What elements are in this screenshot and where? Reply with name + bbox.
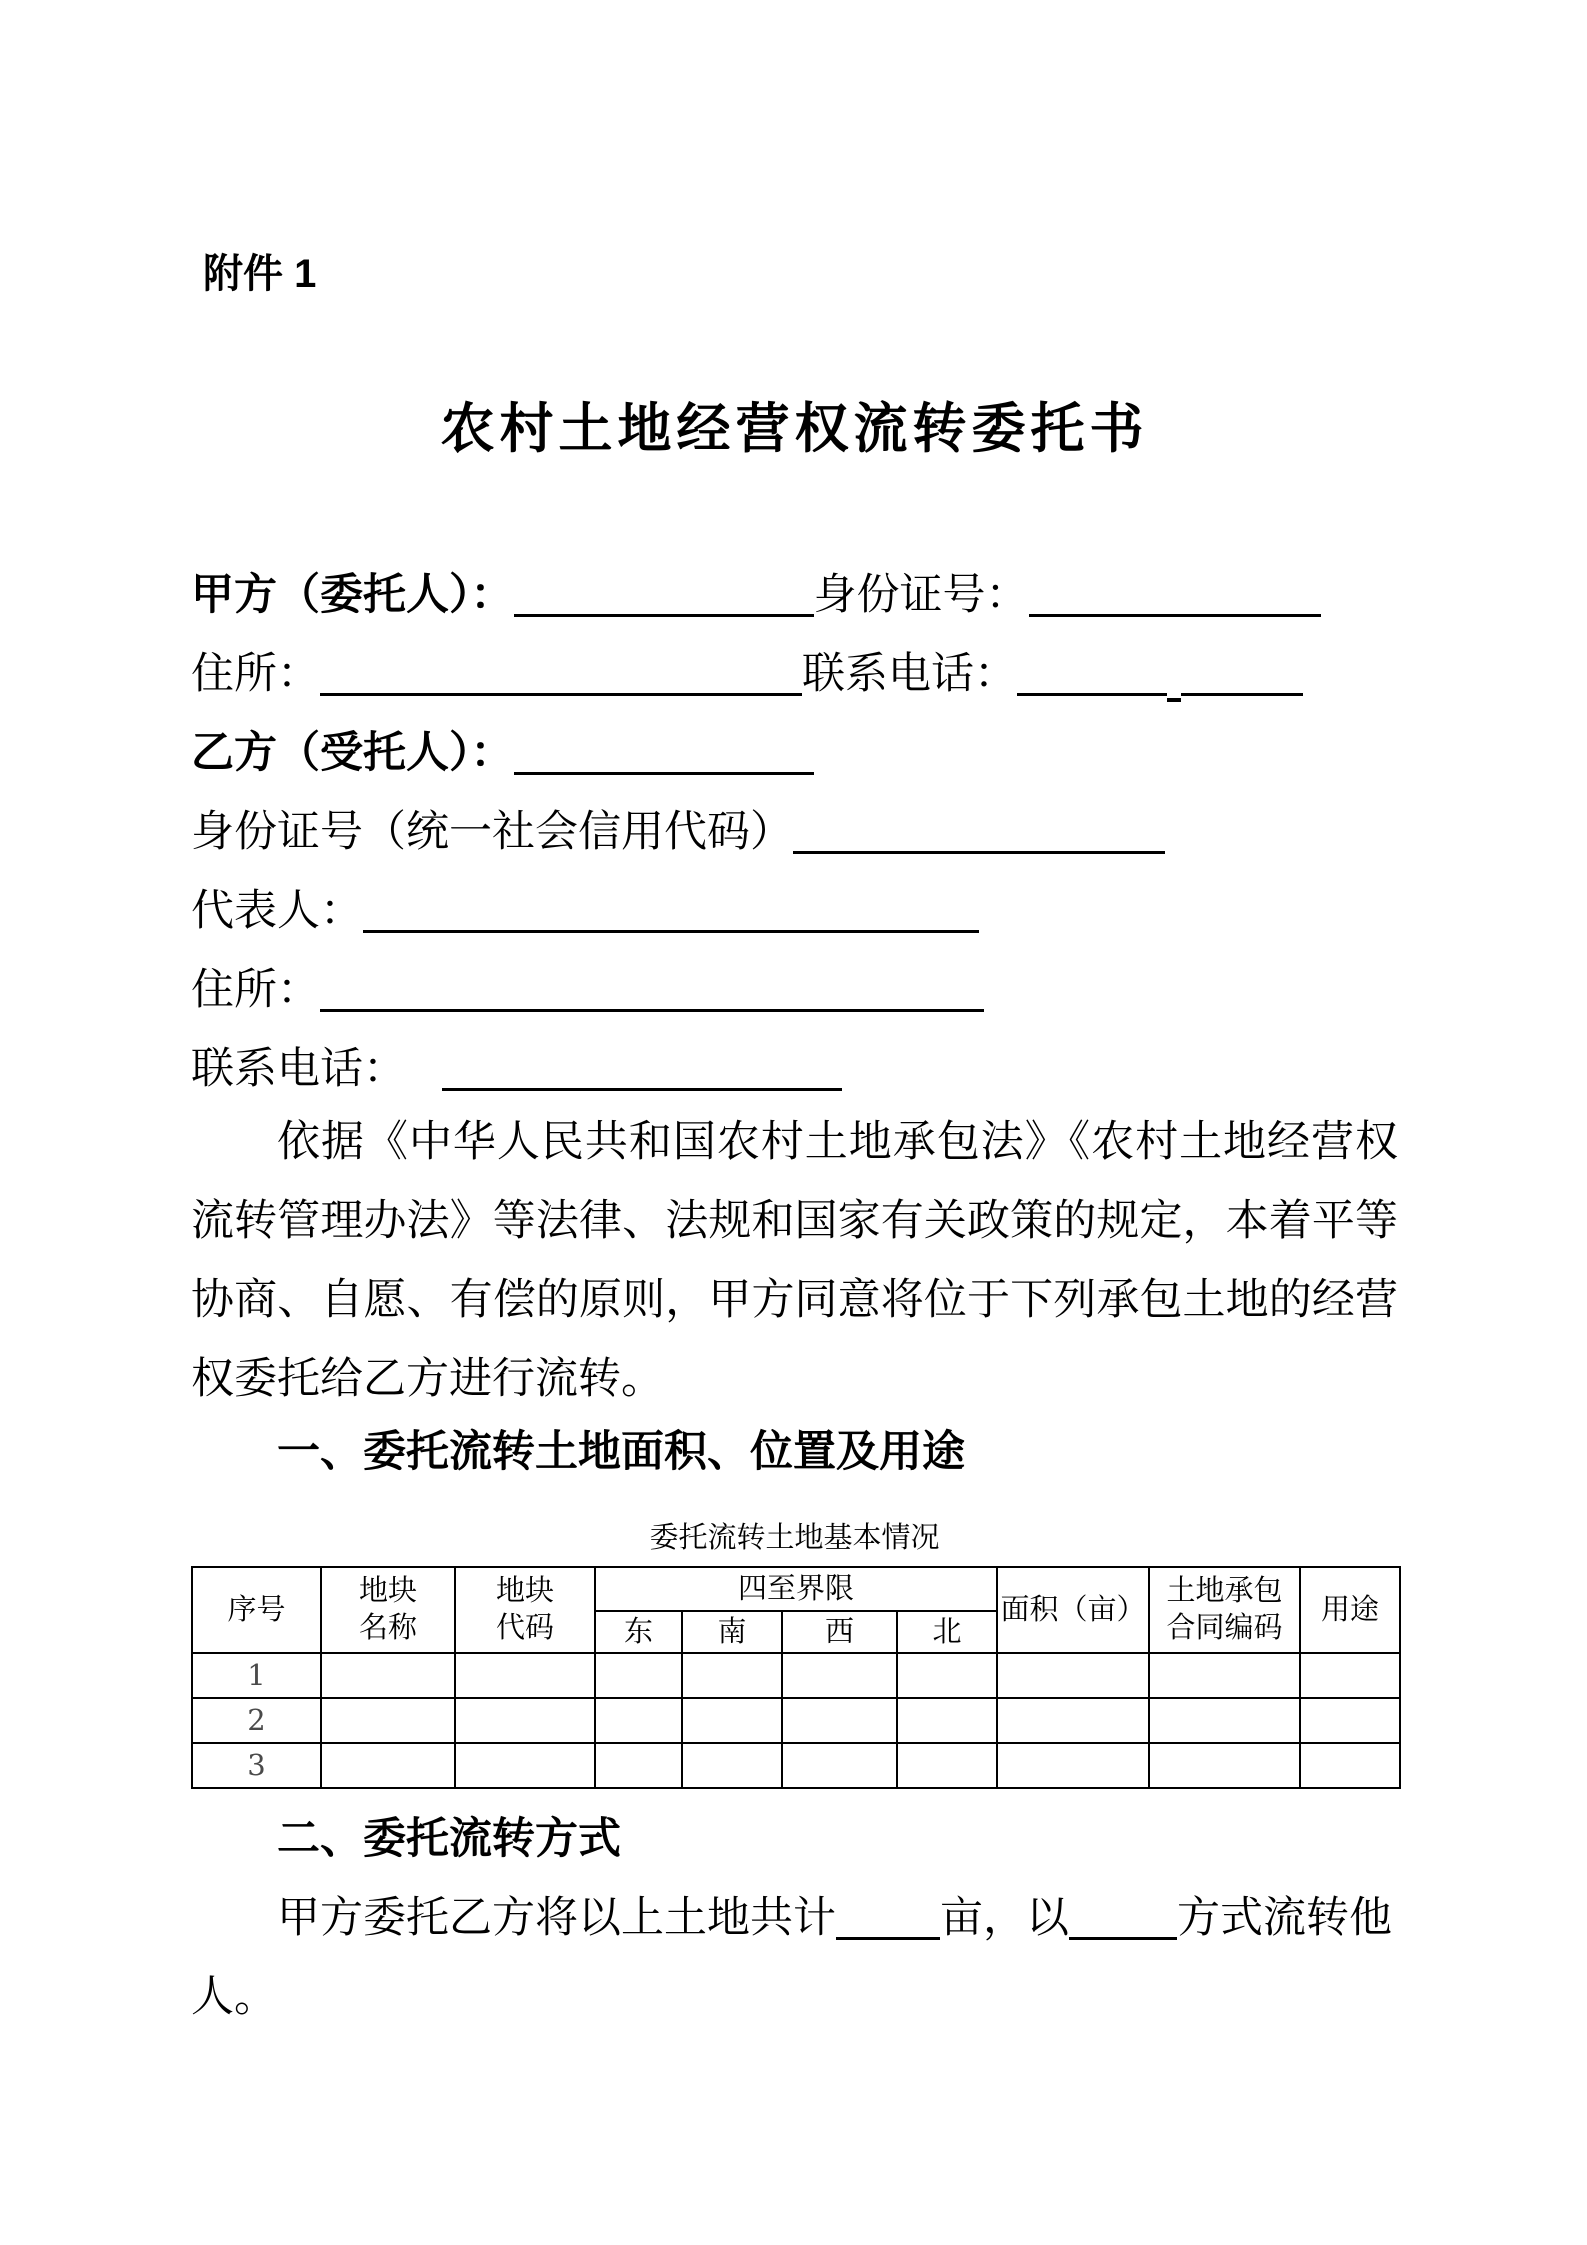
empty-cell [321,1698,455,1743]
party-a-address-line: 住所：联系电话： [191,635,1398,714]
text-run: 乙方（受托人）： [191,730,514,777]
preamble-paragraph: 依据《中华人民共和国农村土地承包法》《农村土地经营权流转管理办法》等法律、法规和… [191,1103,1398,1419]
header-boundaries: 四至界限 [595,1567,997,1611]
empty-cell [897,1653,997,1698]
empty-cell [997,1698,1149,1743]
party-b-line: 乙方（受托人）： [191,714,1398,793]
table-row: 3 [192,1743,1400,1788]
blank-field [1029,604,1321,617]
text-run: 代表人： [191,888,363,935]
blank-field [1017,683,1167,696]
table-row: 1 [192,1653,1400,1698]
section-2-heading: 二、委托流转方式 [191,1800,1398,1879]
blank-field [442,1078,842,1091]
seq-cell: 1 [192,1653,321,1698]
seq-cell: 3 [192,1743,321,1788]
empty-cell [682,1698,782,1743]
blank-field [836,1927,940,1940]
header-direction-west: 西 [782,1611,897,1653]
party-info-form: 甲方（委托人）：身份证号：住所：联系电话：乙方（受托人）：身份证号（统一社会信用… [191,556,1398,1109]
empty-cell [455,1698,595,1743]
empty-cell [1149,1698,1300,1743]
text-run: 身份证号（统一社会信用代码） [191,809,793,856]
text-run: 权委托给乙方进行流转。 [191,1356,664,1403]
party-b-address-line: 住所： [191,951,1398,1030]
text-run: 方式流转他 [1177,1895,1392,1942]
empty-cell [782,1743,897,1788]
blank-field [514,604,814,617]
text-run: 依据《中华人民共和国农村土地承包法》《农村土地经营权 [277,1119,1398,1166]
blank-field [320,999,984,1012]
header-usage: 用途 [1300,1567,1400,1653]
empty-cell [782,1698,897,1743]
empty-cell [682,1743,782,1788]
empty-cell [1149,1653,1300,1698]
text-run: 人。 [191,1974,277,2021]
header-contract-code: 土地承包 合同编码 [1149,1567,1300,1653]
blank-field [793,841,1165,854]
text-run: 住所： [191,651,320,698]
empty-cell [595,1743,682,1788]
table-row: 2 [192,1698,1400,1743]
empty-cell [782,1653,897,1698]
header-direction-north: 北 [897,1611,997,1653]
empty-cell [1300,1653,1400,1698]
empty-cell [595,1698,682,1743]
header-plot-name: 地块 名称 [321,1567,455,1653]
empty-cell [321,1653,455,1698]
party-a-line: 甲方（委托人）：身份证号： [191,556,1398,635]
empty-cell [897,1698,997,1743]
empty-cell [897,1743,997,1788]
empty-cell [997,1653,1149,1698]
empty-cell [682,1653,782,1698]
seq-cell: 2 [192,1698,321,1743]
empty-cell [997,1743,1149,1788]
party-b-phone-line: 联系电话： [191,1030,1398,1109]
text-run: 甲方委托乙方将以上土地共计 [277,1895,836,1942]
empty-cell [455,1653,595,1698]
empty-cell [455,1743,595,1788]
header-seq: 序号 [192,1567,321,1653]
table-caption: 委托流转土地基本情况 [191,1516,1398,1560]
attachment-label: 附件 1 [203,250,1398,298]
blank-field [1167,688,1181,702]
text-run: 甲方（委托人）： [191,572,514,619]
header-direction-east: 东 [595,1611,682,1653]
land-info-table: 序号 地块 名称 地块 代码 四至界限 面积（亩） 土地承包 合同编码 用途 东… [191,1566,1401,1789]
blank-field [320,683,802,696]
empty-cell [1300,1698,1400,1743]
section-1-heading: 一、委托流转土地面积、位置及用途 [191,1413,1398,1492]
empty-cell [321,1743,455,1788]
text-run: 身份证号： [814,572,1029,619]
text-run: 流转管理办法》等法律、法规和国家有关政策的规定，本着平等 [191,1198,1398,1245]
text-run: 住所： [191,967,320,1014]
header-plot-code: 地块 代码 [455,1567,595,1653]
empty-cell [595,1653,682,1698]
text-run: 联系电话： [802,651,1017,698]
document-page: 附件 1 农村土地经营权流转委托书 甲方（委托人）：身份证号：住所：联系电话：乙… [0,0,1587,2245]
party-b-id-line: 身份证号（统一社会信用代码） [191,793,1398,872]
closing-paragraph: 甲方委托乙方将以上土地共计亩，以方式流转他人。 [191,1879,1398,2037]
header-area: 面积（亩） [997,1567,1149,1653]
blank-field [1181,683,1303,696]
text-run: 亩，以 [940,1895,1069,1942]
header-direction-south: 南 [682,1611,782,1653]
text-run: 联系电话： [191,1046,406,1093]
empty-cell [1149,1743,1300,1788]
blank-field [363,920,979,933]
blank-field [514,762,814,775]
empty-cell [1300,1743,1400,1788]
blank-field [1069,1927,1177,1940]
document-title: 农村土地经营权流转委托书 [191,398,1398,460]
text-run: 协商、自愿、有偿的原则，甲方同意将位于下列承包土地的经营 [191,1277,1398,1324]
representative-line: 代表人： [191,872,1398,951]
